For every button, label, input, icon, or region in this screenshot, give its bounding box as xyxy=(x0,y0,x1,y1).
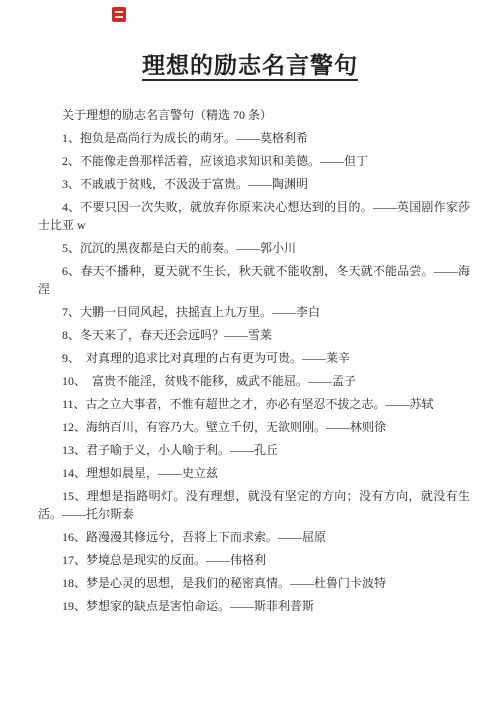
quote-item: 3、不戚戚于贫贱，不汲汲于富贵。——陶渊明 xyxy=(38,175,470,193)
quote-item: 11、古之立大事者，不惟有超世之才，亦必有坚忍不拔之志。——苏轼 xyxy=(38,395,470,413)
intro-line: 关于理想的励志名言警句（精选 70 条） xyxy=(38,106,470,124)
quote-item: 16、路漫漫其修远兮，吾将上下而求索。——屈原 xyxy=(38,528,470,546)
document-body: 关于理想的励志名言警句（精选 70 条） 1、抱负是高尚行为成长的萌牙。——莫格… xyxy=(38,106,470,615)
stamp-mark xyxy=(115,16,123,18)
quote-item: 2、不能像走兽那样活着，应该追求知识和美德。——但丁 xyxy=(38,152,470,170)
quote-item: 12、海纳百川，有容乃大。壁立千仞，无欲则刚。——林则徐 xyxy=(38,418,470,436)
red-stamp-icon xyxy=(112,7,126,22)
stamp-mark xyxy=(115,11,123,13)
quote-item: 8、冬天来了，春天还会远吗？——雪莱 xyxy=(38,326,470,344)
page-title: 理想的励志名言警句 xyxy=(0,0,500,82)
quote-item: 4、不要只因一次失败，就放弃你原来决心想达到的目的。——英国剧作家莎士比亚 w xyxy=(38,198,470,234)
quote-item: 9、 对真理的追求比对真理的占有更为可贵。——莱辛 xyxy=(38,349,470,367)
quote-item: 15、理想是指路明灯。没有理想，就没有坚定的方向；没有方向，就没有生活。——托尔… xyxy=(38,487,470,523)
quote-item: 13、君子喻于义，小人喻于利。——孔丘 xyxy=(38,441,470,459)
quote-item: 1、抱负是高尚行为成长的萌牙。——莫格利希 xyxy=(38,129,470,147)
quote-item: 5、沉沉的黑夜都是白天的前奏。——郭小川 xyxy=(38,239,470,257)
page-title-text: 理想的励志名言警句 xyxy=(142,53,358,81)
quote-item: 10、 富贵不能淫，贫贱不能移，威武不能屈。——孟子 xyxy=(38,372,470,390)
document-page: 理想的励志名言警句 关于理想的励志名言警句（精选 70 条） 1、抱负是高尚行为… xyxy=(0,0,500,707)
quote-item: 6、春天不播种，夏天就不生长，秋天就不能收割，冬天就不能品尝。——海涅 xyxy=(38,262,470,298)
quote-item: 7、大鹏一日同风起，扶摇直上九万里。——李白 xyxy=(38,303,470,321)
quote-item: 14、理想如晨星，——史立兹 xyxy=(38,464,470,482)
quote-item: 17、梦境总是现实的反面。——伟格利 xyxy=(38,551,470,569)
quote-item: 19、梦想家的缺点是害怕命运。——斯菲利普斯 xyxy=(38,597,470,615)
quote-item: 18、梦是心灵的思想，是我们的秘密真情。——杜鲁门卡波特 xyxy=(38,574,470,592)
